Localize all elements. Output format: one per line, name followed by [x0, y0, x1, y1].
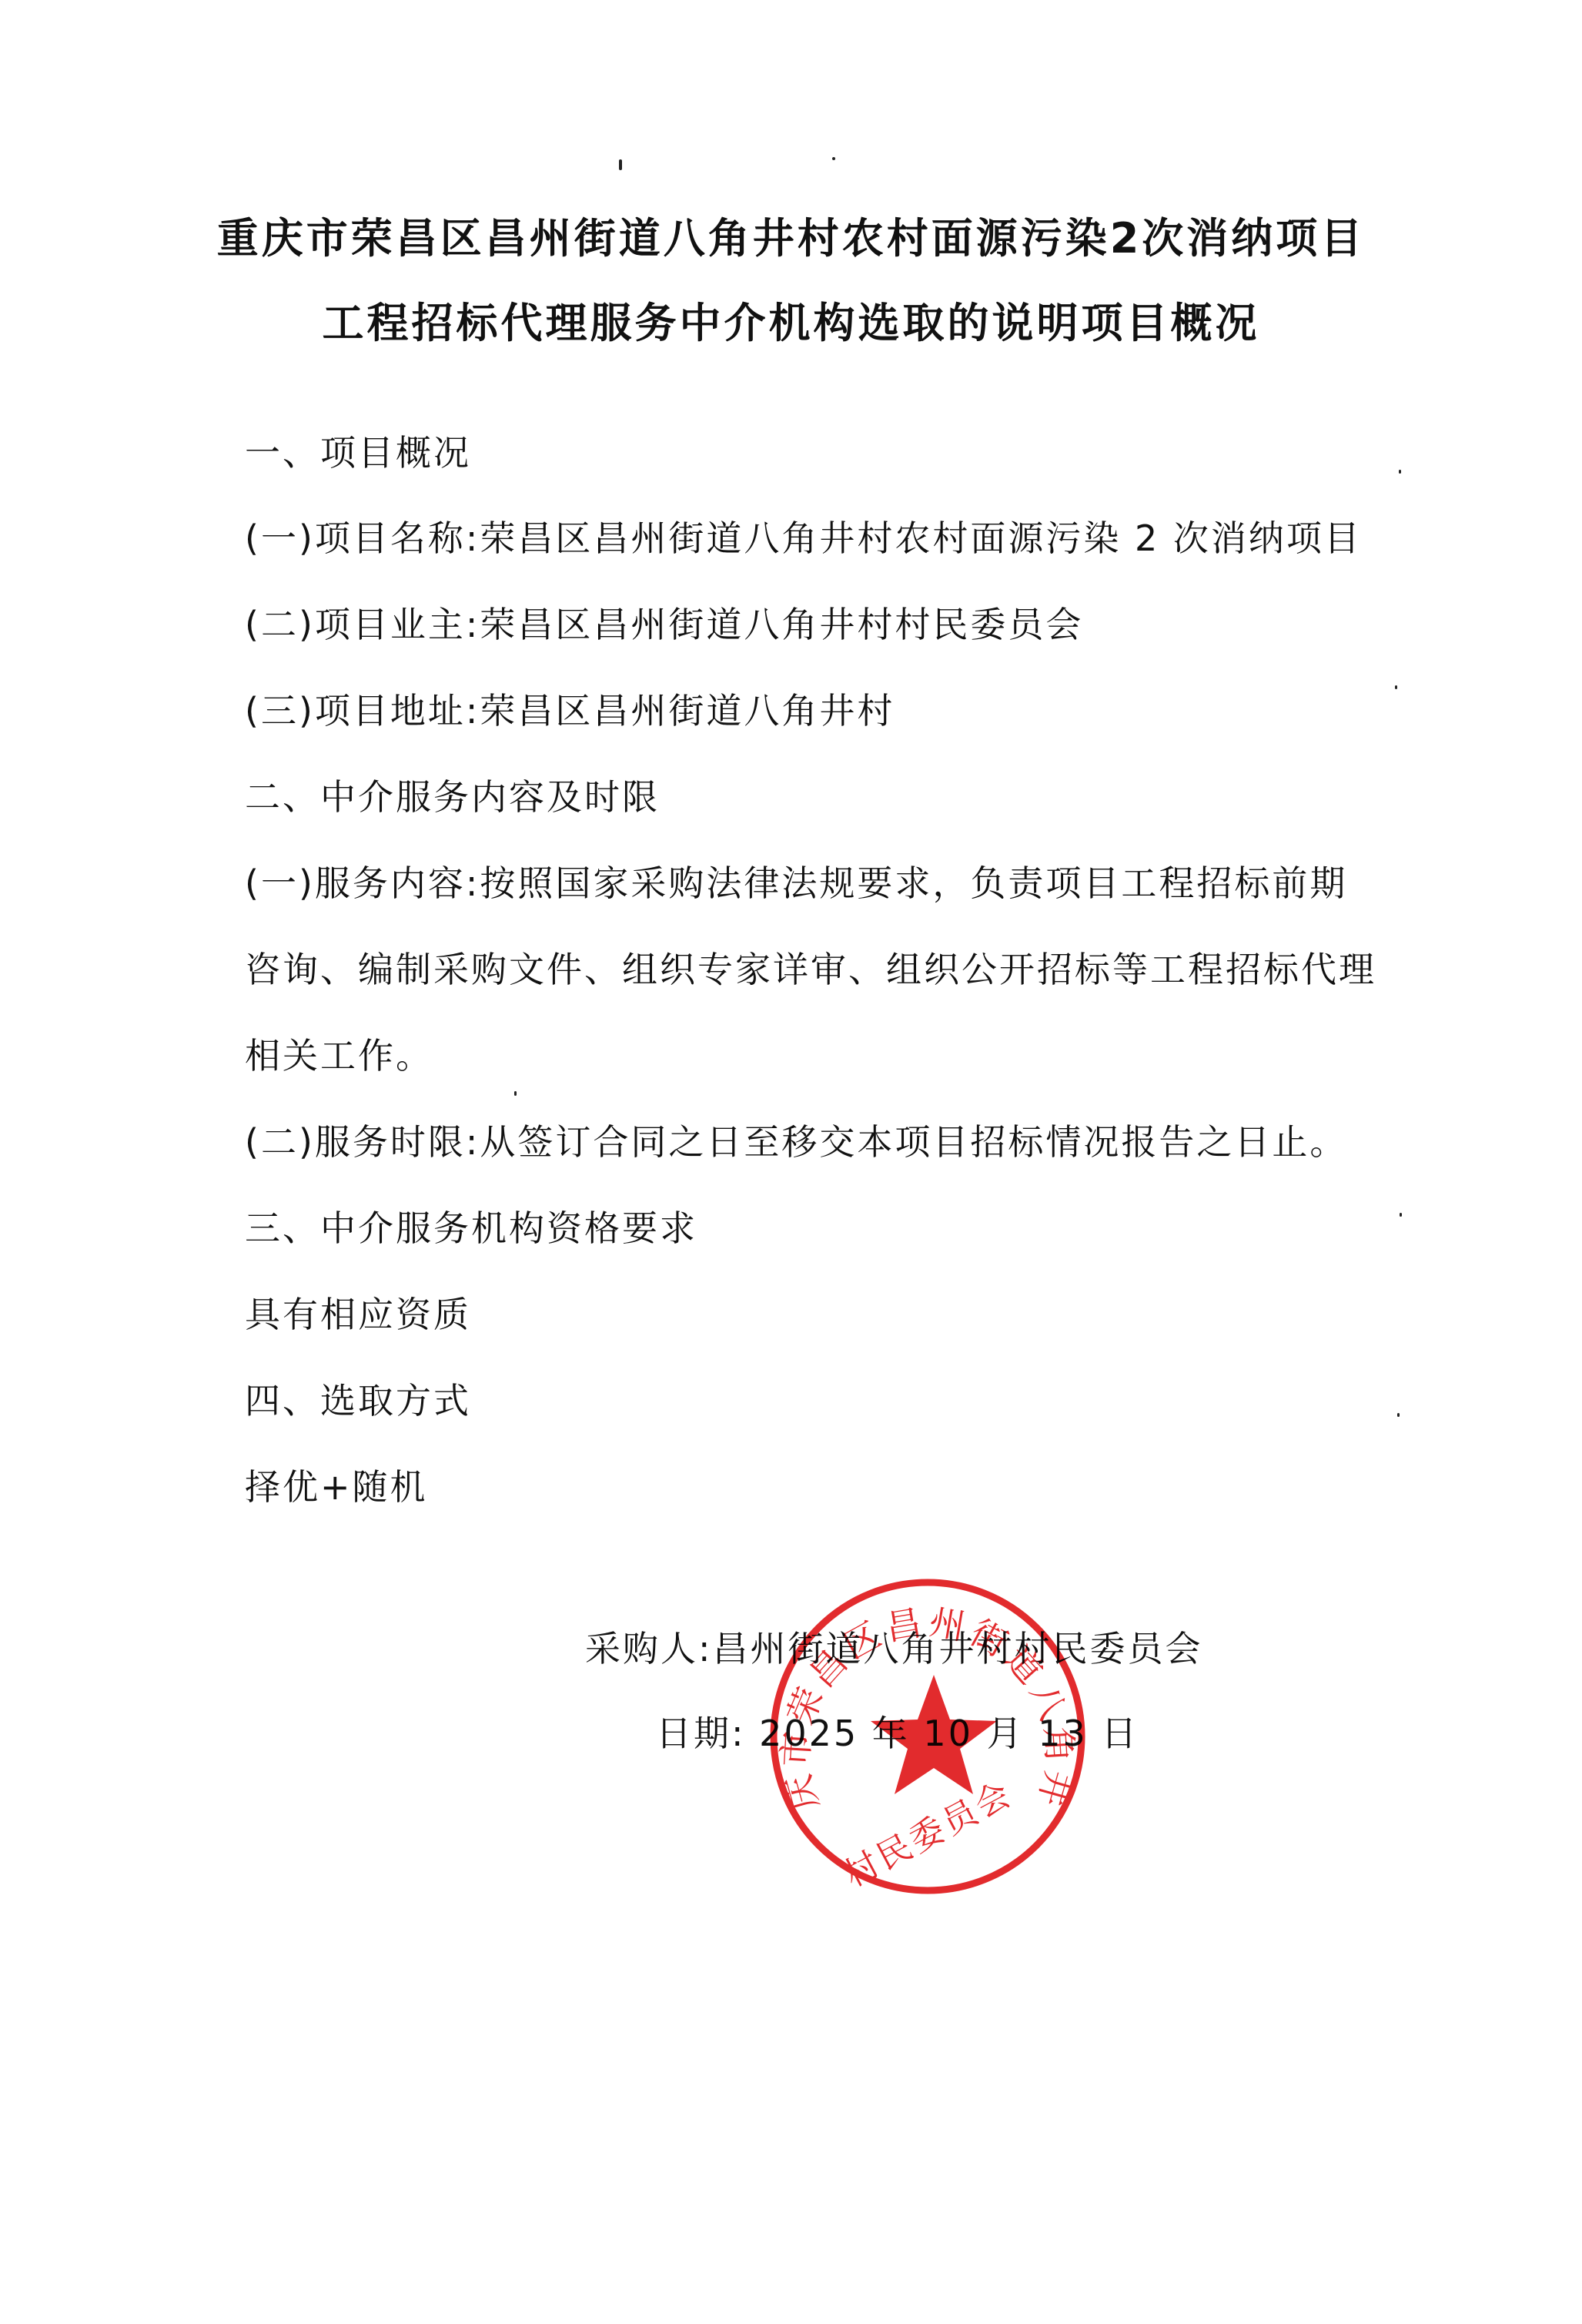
- section-heading-selection-method: 四、选取方式: [245, 1383, 471, 1418]
- selection-method-text: 择优+随机: [245, 1469, 428, 1505]
- service-content-line-2: 咨询、编制采购文件、组织专家详审、组织公开招标等工程招标代理: [245, 952, 1376, 987]
- scan-speck: [1399, 470, 1401, 474]
- qualification-text: 具有相应资质: [245, 1297, 471, 1332]
- scan-speck: [514, 1091, 517, 1096]
- scan-speck: [832, 157, 835, 160]
- scan-speck: [1400, 1213, 1402, 1217]
- document-title-line-1: 重庆市荣昌区昌州街道八角井村农村面源污染2次消纳项目: [0, 218, 1582, 260]
- official-seal-stamp: 重庆市荣昌区昌州街道八角井村 村民委员会: [766, 1575, 1089, 1898]
- scan-speck: [1395, 685, 1397, 689]
- project-address: (三)项目地址:荣昌区昌州街道八角井村: [245, 693, 895, 728]
- project-name: (一)项目名称:荣昌区昌州街道八角井村农村面源污染 2 次消纳项目: [245, 521, 1362, 556]
- service-content-line-1: (一)服务内容:按照国家采购法律法规要求，负责项目工程招标前期: [245, 866, 1347, 901]
- scan-speck: [1397, 1413, 1400, 1417]
- svg-text:重庆市荣昌区昌州街道八角井村: 重庆市荣昌区昌州街道八角井村: [766, 1575, 1081, 1816]
- service-period: (二)服务时限:从签订合同之日至移交本项目招标情况报告之日止。: [245, 1124, 1347, 1160]
- service-content-line-3: 相关工作。: [245, 1038, 433, 1073]
- document-title-line-2: 工程招标代理服务中介机构选取的说明项目概况: [0, 303, 1582, 344]
- section-heading-qualification: 三、中介服务机构资格要求: [245, 1211, 697, 1246]
- star-icon: [871, 1675, 997, 1794]
- project-owner: (二)项目业主:荣昌区昌州街道八角井村村民委员会: [245, 607, 1083, 642]
- document-page: 重庆市荣昌区昌州街道八角井村农村面源污染2次消纳项目 工程招标代理服务中介机构选…: [0, 0, 1582, 2324]
- scan-speck: [619, 159, 622, 170]
- section-heading-project-overview: 一、项目概况: [245, 435, 471, 470]
- section-heading-service-content: 二、中介服务内容及时限: [245, 779, 660, 815]
